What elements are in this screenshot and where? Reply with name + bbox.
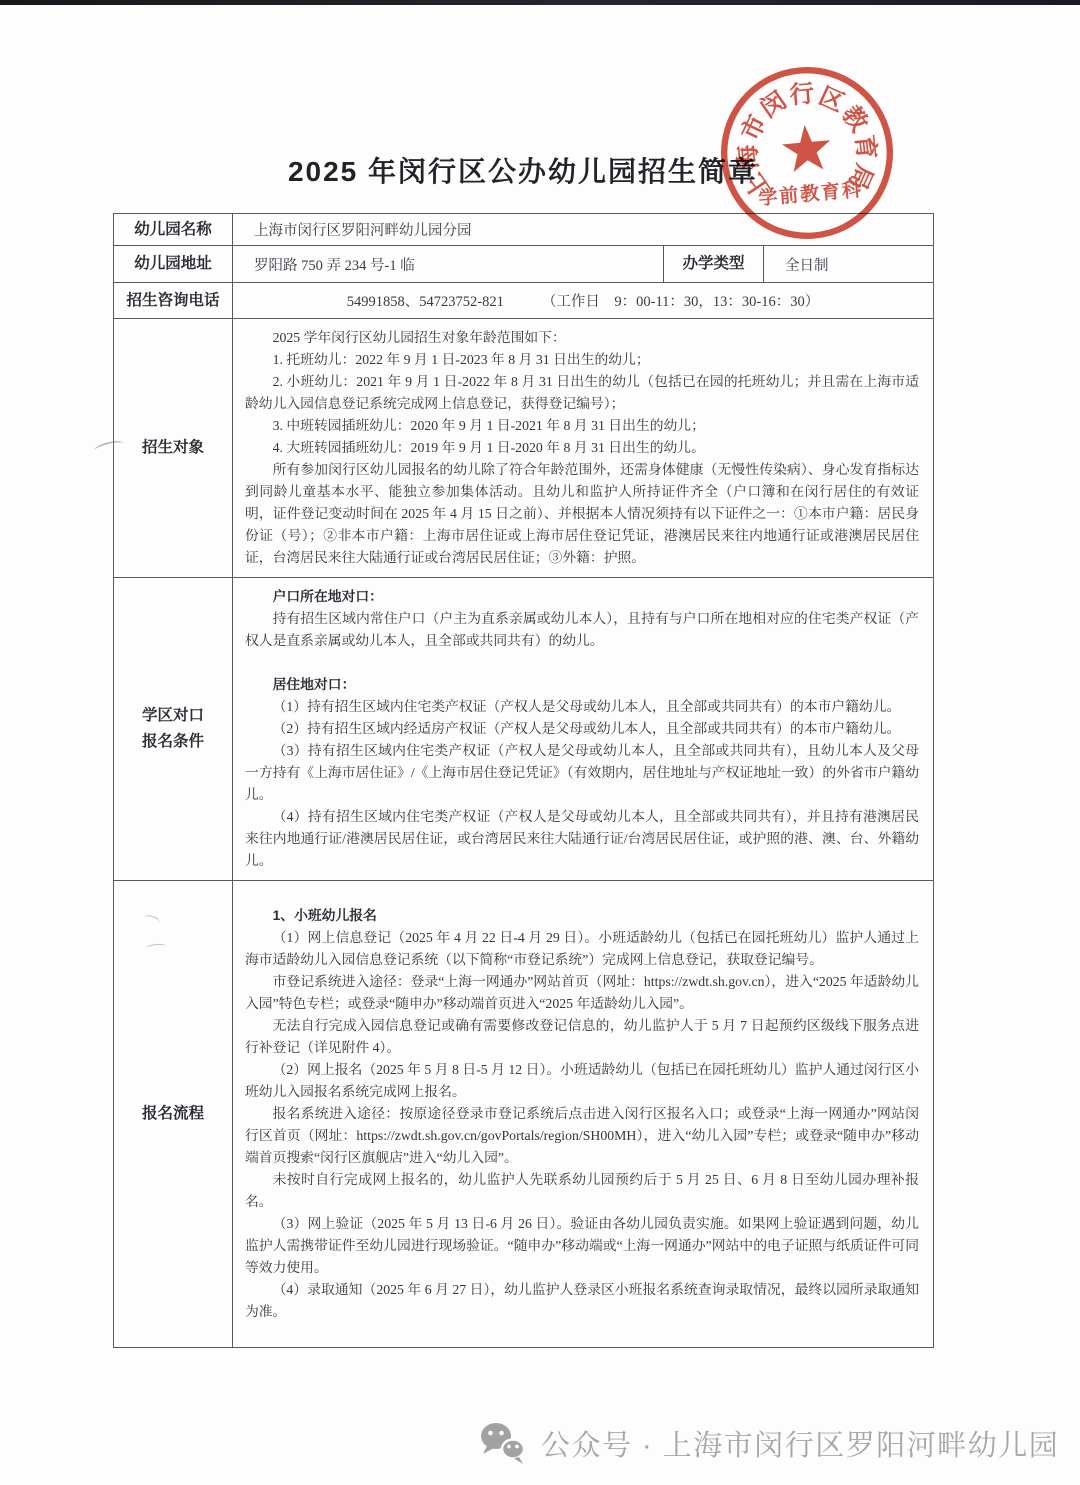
table-row-registration-process: 报名流程 1、小班幼儿报名（1）网上信息登记（2025 年 4 月 22 日-4… [114, 881, 934, 1348]
scanned-document-page: 2025 年闵行区公办幼儿园招生简章 上海市闵行区教育局 学前教育科 幼儿园名称… [0, 0, 1080, 1485]
seal-arc-char: 区 [815, 82, 849, 118]
table-row-phone: 招生咨询电话 54991858、54723752-821（工作日 9：00-11… [114, 283, 934, 319]
phone-numbers: 54991858、54723752-821 [347, 294, 504, 310]
phone-office-hours: （工作日 9：00-11：30，13：30-16：30） [542, 290, 819, 311]
eligibility-section-content: 2025 学年闵行区幼儿园招生对象年龄范围如下：1. 托班幼儿：2022 年 9… [233, 319, 934, 578]
paragraph: 2. 小班幼儿：2021 年 9 月 1 日-2022 年 8 月 31 日出生… [245, 371, 919, 415]
paragraph: 1、小班幼儿报名 [245, 905, 919, 927]
table-row-address: 幼儿园地址 罗阳路 750 弄 234 号-1 临 办学类型 全日制 [114, 246, 934, 283]
address-label: 幼儿园地址 [114, 246, 233, 283]
school-type-label: 办学类型 [664, 246, 764, 283]
table-row-district-criteria: 学区对口 报名条件 户口所在地对口：持有招生区域内常住户口（户主为直系亲属或幼儿… [114, 578, 934, 881]
eligibility-paragraphs: 2025 学年闵行区幼儿园招生对象年龄范围如下：1. 托班幼儿：2022 年 9… [245, 327, 919, 569]
district-criteria-section-label: 学区对口 报名条件 [114, 578, 233, 881]
paragraph: 报名系统进入途径：按原途径登录市登记系统后点击进入闵行区报名入口；或登录“上海一… [245, 1103, 919, 1169]
document-title: 2025 年闵行区公办幼儿园招生简章 [113, 150, 933, 190]
address-value: 罗阳路 750 弄 234 号-1 临 [233, 246, 664, 283]
district-criteria-section-content: 户口所在地对口：持有招生区域内常住户口（户主为直系亲属或幼儿本人），且持有与户口… [233, 578, 934, 881]
paragraph: 所有参加闵行区幼儿园报名的幼儿除了符合年龄范围外，还需身体健康（无慢性传染病）、… [245, 459, 919, 569]
seal-arc-char: 市 [736, 110, 772, 145]
paragraph: 2025 学年闵行区幼儿园招生对象年龄范围如下： [245, 327, 919, 349]
paragraph: 无法自行完成入园信息登记或确有需要修改登记信息的，幼儿监护人于 5 月 7 日起… [245, 1015, 919, 1059]
table-row-name: 幼儿园名称 上海市闵行区罗阳河畔幼儿园分园 [114, 214, 934, 246]
paragraph: 持有招生区域内常住户口（户主为直系亲属或幼儿本人），且持有与户口所在地相对应的住… [245, 608, 919, 652]
enrollment-info-table: 幼儿园名称 上海市闵行区罗阳河畔幼儿园分园 幼儿园地址 罗阳路 750 弄 23… [113, 213, 934, 1348]
footer-account-text: 公众号 · 上海市闵行区罗阳河畔幼儿园 [541, 1423, 1059, 1464]
paragraph: （2）持有招生区域内经适房产权证（产权人是父母或幼儿本人，且全部或共同共有）的本… [245, 718, 919, 740]
paragraph: 市登记系统进入途径：登录“上海一网通办”网站首页（网址：https://zwdt… [245, 971, 919, 1015]
paragraph: 1. 托班幼儿：2022 年 9 月 1 日-2023 年 8 月 31 日出生… [245, 349, 919, 371]
kindergarten-name-label: 幼儿园名称 [114, 214, 233, 246]
paragraph: 4. 大班转园插班幼儿：2019 年 9 月 1 日-2020 年 8 月 31… [245, 437, 919, 459]
scan-top-edge [0, 0, 1080, 5]
school-type-value: 全日制 [764, 246, 934, 283]
paragraph: （3）持有招生区域内住宅类产权证（产权人是父母或幼儿本人，且全部或共同共有），且… [245, 740, 919, 806]
wechat-icon [478, 1420, 528, 1466]
seal-arc-char: 闵 [755, 85, 792, 123]
table-row-eligibility: 招生对象 2025 学年闵行区幼儿园招生对象年龄范围如下：1. 托班幼儿：202… [114, 319, 934, 578]
paragraph: （1）持有招生区域内住宅类产权证（产权人是父母或幼儿本人，且全部或共同共有）的本… [245, 696, 919, 718]
paragraph: 3. 中班转园插班幼儿：2020 年 9 月 1 日-2021 年 8 月 31… [245, 415, 919, 437]
paragraph: （3）网上验证（2025 年 5 月 13 日-6 月 26 日）。验证由各幼儿… [245, 1213, 919, 1279]
paragraph: （4）录取通知（2025 年 6 月 27 日），幼儿监护人登录区小班报名系统查… [245, 1279, 919, 1323]
registration-process-section-label: 报名流程 [114, 881, 233, 1348]
paragraph: （2）网上报名（2025 年 5 月 8 日-5 月 12 日）。小班适龄幼儿（… [245, 1059, 919, 1103]
paragraph: （1）网上信息登记（2025 年 4 月 22 日-4 月 29 日）。小班适龄… [245, 927, 919, 971]
paragraph: （4）持有招生区域内住宅类产权证（产权人是父母或幼儿本人，且全部或共同共有），并… [245, 806, 919, 872]
paragraph: 户口所在地对口： [245, 586, 919, 608]
registration-process-paragraphs: 1、小班幼儿报名（1）网上信息登记（2025 年 4 月 22 日-4 月 29… [245, 905, 919, 1323]
paragraph: 未按时自行完成网上报名的，幼儿监护人先联系幼儿园预约后于 5 月 25 日、6 … [245, 1169, 919, 1213]
seal-arc-char: 教 [836, 101, 873, 138]
eligibility-section-label: 招生对象 [114, 319, 233, 578]
district-criteria-paragraphs: 户口所在地对口：持有招生区域内常住户口（户主为直系亲属或幼儿本人），且持有与户口… [245, 586, 919, 872]
phone-value-cell: 54991858、54723752-821（工作日 9：00-11：30，13：… [233, 283, 934, 319]
paragraph: 居住地对口： [245, 674, 919, 696]
phone-label: 招生咨询电话 [114, 283, 233, 319]
seal-arc-char: 行 [788, 79, 815, 109]
footer-watermark: 公众号 · 上海市闵行区罗阳河畔幼儿园 [478, 1420, 1059, 1466]
registration-process-section-content: 1、小班幼儿报名（1）网上信息登记（2025 年 4 月 22 日-4 月 29… [233, 881, 934, 1348]
kindergarten-name-value: 上海市闵行区罗阳河畔幼儿园分园 [233, 214, 934, 246]
